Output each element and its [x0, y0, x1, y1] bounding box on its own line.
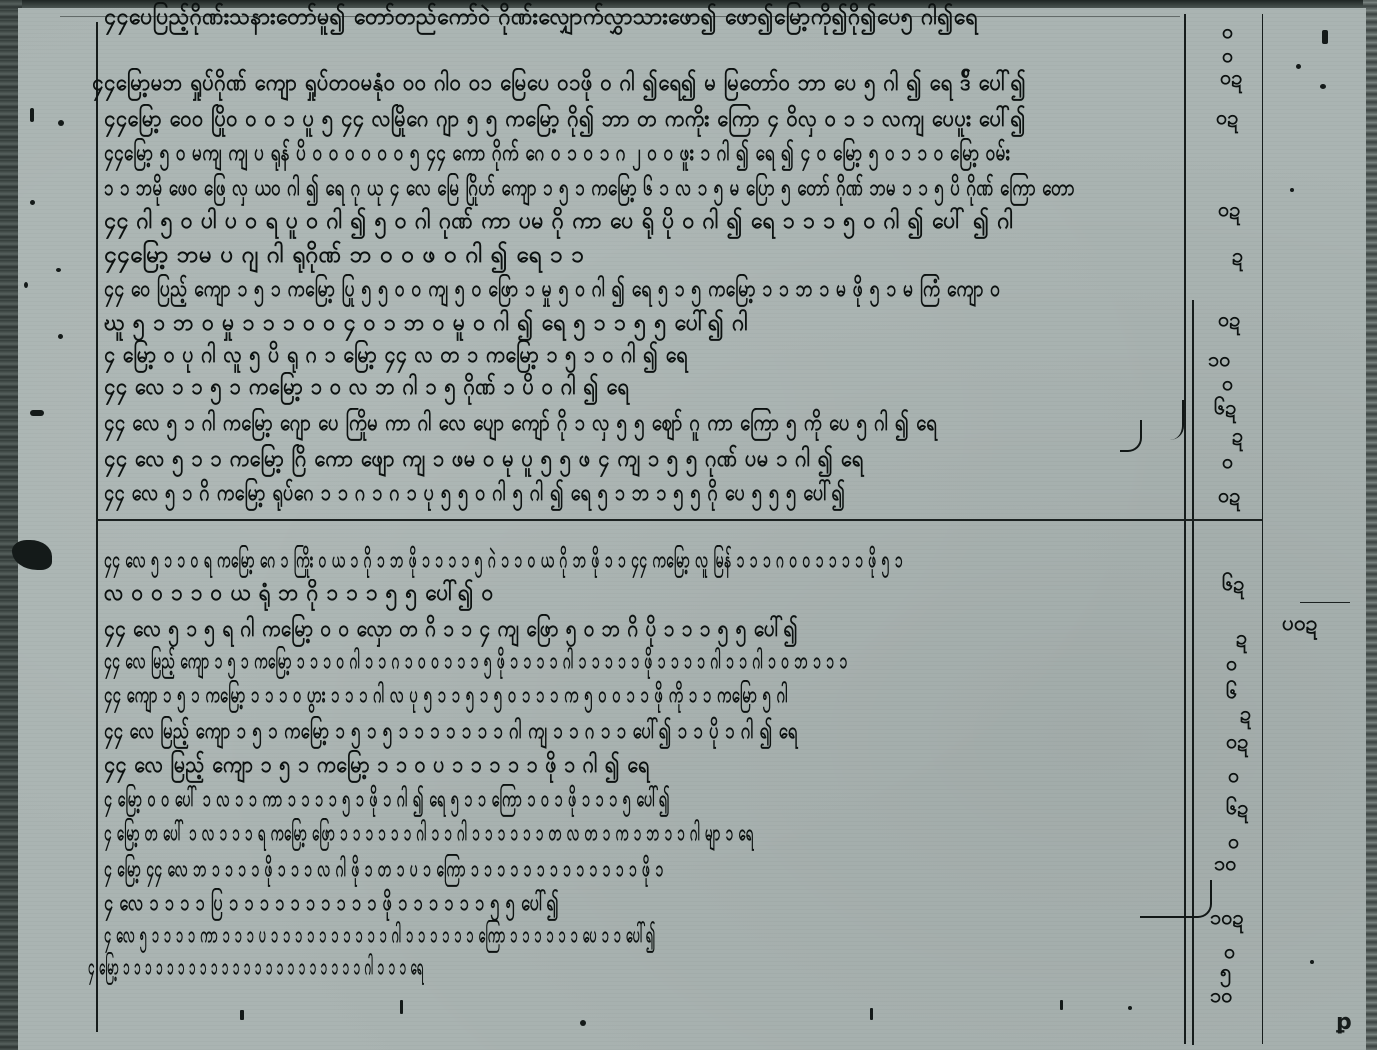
- manuscript-line: ၄၄ လေ ၅ ၁ ၁ ကမြော့ ဂြိ ကော ဖျော ကျ ၁ ဖမ …: [104, 444, 864, 474]
- text-column-right-rule-b: [1192, 300, 1194, 1045]
- manuscript-line: ၄၄ လေ မြည့် ကျော ၁ ၅ ၁ ကမြော့ ၁ ၅ ၁ ၅ ၁ …: [104, 716, 798, 746]
- margin-number: ၆ဍ: [1222, 572, 1244, 594]
- manuscript-line: ၄၄မြော့ ဝေဝ ပြိုဝ ဝ ဝ ၁ ပူ ၅ ၄၄ လမြိုဂေ …: [104, 104, 1026, 134]
- margin-number: ၁၀: [1214, 852, 1237, 874]
- side-annotation-overline: [1300, 602, 1350, 603]
- margin-number: ၀: [1222, 44, 1233, 66]
- manuscript-line: ၄ လေ ၁ ၁ ၁ ၁ ပြ ၁ ၁ ၁ ၁ ၁ ၁ ၁ ၁ ၁ ၁ ဖို …: [104, 888, 559, 918]
- margin-number: ၆ဍ: [1226, 796, 1248, 818]
- manuscript-line: ၄၄မြော့မဘ ရှုပ်ဂိုဏ် ကျော ရှုပ်တဝမနုံဝ ဝ…: [92, 68, 1026, 98]
- margin-number: ၀ဍ: [1218, 198, 1240, 220]
- ink-speck: [56, 268, 61, 272]
- corner-mark: ꝑ: [1336, 1010, 1352, 1035]
- ink-speck: [400, 1000, 403, 1014]
- margin-number: ဍ: [1240, 702, 1251, 724]
- margin-number: ဍ: [1236, 626, 1247, 648]
- ink-speck: [58, 334, 63, 339]
- ink-speck: [1290, 188, 1294, 192]
- manuscript-line: ၄ မြော့ ၄၄ လေ ဘ ၁ ၁ ၁ ၁ ဖို ၁ ၁ ၁ လ ဂါ ဖ…: [104, 854, 664, 884]
- manuscript-line: ၄၄ လေ ၅ ၁ ၁ ၀ ရ ကမြော့ ဂေ ၁ ကြိုး ဝ ယ ၁ …: [104, 545, 903, 575]
- margin-number: ၀: [1222, 20, 1233, 42]
- margin-number: ၆: [1226, 680, 1237, 702]
- ink-speck: [1296, 64, 1301, 69]
- margin-number: ၀ဍ: [1220, 66, 1242, 88]
- manuscript-line: ၄ မြော့ ၀ ဝ ပေါ် ၁ လ ၁ ၁ ကာ ၁ ၁ ၁ ၁ ၅ ၁ …: [104, 784, 670, 814]
- manuscript-line: ၄၄ လေ ၅ ၁ ၅ ရ ဂါ ကမြော့ ဝ ဝ လှော တ ဂိ ၁ …: [104, 614, 798, 644]
- ink-speck: [58, 120, 64, 126]
- margin-brace: [1132, 400, 1184, 440]
- margin-number: ၀: [1222, 450, 1233, 472]
- manuscript-line: ၄၄ လေ မြည့် ကျော ၁ ၅ ၁ ကမြော့ ၁ ၁ ၁ ဝ ဂါ…: [104, 646, 848, 676]
- margin-number: ၀: [1228, 764, 1239, 786]
- margin-column-right-rule: [1262, 14, 1263, 1044]
- margin-number: ဍ: [1232, 244, 1243, 266]
- left-margin-rule: [96, 22, 98, 1032]
- margin-number: ၀ဍ: [1218, 308, 1240, 330]
- ink-speck: [580, 1020, 586, 1026]
- margin-number: ၀ဍ: [1216, 106, 1238, 128]
- manuscript-line: ၄၄ လေ ၁ ၁ ၅ ၁ ကမြော့ ၁ ဝ လ ဘ ဂါ ၁ ၅ ဂိုဏ…: [104, 372, 629, 402]
- margin-number: ၀: [1228, 830, 1239, 852]
- manuscript-line: ၄၄ လေ ၅ ၁ ဂိ ကမြော့ ရုပ်ဂေ ၁ ၁ ဂ ၁ ဂ ၁ ပ…: [104, 478, 845, 508]
- manuscript-line: ၄ မြော့ တ ပေါ် ၁ လ ၁ ၁ ၁ ရ ကမြော့ ဖြော ၁…: [104, 818, 754, 848]
- manuscript-line: ၄ မြော့ ၁ ၁ ၁ ၁ ၁ ၁ ၁ ၁ ၁ ၁ ၁ ၁ ၁ ၁ ၁ ၁ …: [88, 952, 424, 982]
- section-divider: [96, 519, 1262, 521]
- ink-speck: [30, 200, 35, 205]
- ink-speck: [24, 282, 28, 288]
- margin-number: ၀ဍ: [1226, 730, 1248, 752]
- ink-speck: [870, 1008, 873, 1020]
- ink-speck: [1322, 30, 1328, 44]
- manuscript-line: ဃူ ၅ ၁ ဘ ၀ မှု ၁ ၁ ၁ ဝ ဝ ၄ ဝ ၁ ဘ ဝ မူ ၀ …: [104, 308, 748, 338]
- ink-speck: [30, 108, 34, 122]
- manuscript-line: ၄ လေ ၅ ၁ ၁ ၁ ၁ ကာ ၁ ၁ ၁ ပ ၁ ၁ ၁ ၁ ၁ ၁ ၁ …: [104, 920, 656, 950]
- side-annotation: ပ၀ဍ: [1282, 610, 1317, 641]
- manuscript-line: လ ဝ ဝ ၁ ၁ ၀ ယ ရုံ ဘ ဂို ၁ ၁ ၁ ၅ ၅ ပေါ်၍ …: [104, 578, 494, 608]
- manuscript-line: ၄၄ လေ မြည့် ကျော ၁ ၅ ၁ ကမြော့ ၁ ၁ ၀ ပ ၁ …: [104, 750, 650, 780]
- manuscript-line: ၄၄ ဂါ ၅ ဝ ပါ ပ ဝ ရ ပူ ဝ ဂါ ၍ ၅ ၀ ဂါ ဂုဏ်…: [104, 206, 1014, 236]
- manuscript-line: ၄၄ လေ ၅ ၁ ဂါ ကမြော့ ဂျော ပေ ကြိုမ ကာ ဂါ …: [104, 408, 937, 438]
- margin-number: ၁၀: [1208, 348, 1231, 370]
- manuscript-line: ၁ ၁ ဘမို ဖေဝ ဖြေ လှ ယဝ ဂါ ၍ ရေ ဂု ယု ၄ လ…: [104, 173, 1075, 203]
- ink-speck: [1310, 960, 1314, 964]
- margin-number: ၀: [1222, 372, 1233, 394]
- margin-number: ၀ဍ: [1218, 484, 1240, 506]
- margin-number: ၁၀ဍ: [1210, 906, 1244, 928]
- margin-number: ၁၀: [1210, 984, 1233, 1006]
- ink-speck: [1060, 1000, 1063, 1010]
- margin-number: ၀: [1226, 652, 1237, 674]
- manuscript-stage: ၄၄ပေပြည့်ဂိုဏ်းသနားတော်မူ၍ တော်တည်ကော်ဝဲ…: [0, 0, 1377, 1050]
- margin-number: ၅: [1220, 960, 1231, 982]
- margin-brace: [1140, 880, 1212, 918]
- manuscript-line: ၄၄မြော့ ဘမ ပ ဂျ ဂါ ရုဂိုဏ် ဘ ၀ ဝ ဖ ၀ ဂါ …: [104, 240, 584, 270]
- ink-speck: [240, 1010, 244, 1020]
- manuscript-line: ၄၄မြော့ ၅ ဝ မကျ ကျ ပ ရုန် ပိ ဝ ဝ ဝ ဝ ဝ ဝ…: [104, 138, 1010, 168]
- manuscript-line: ၄ မြော့ ဝ ပု ဂါ လူ ၅ ပိ ရု ဂ ၁ မြော့ ၄၄ …: [104, 340, 688, 370]
- manuscript-line: ၄၄ပေပြည့်ဂိုဏ်းသနားတော်မူ၍ တော်တည်ကော်ဝဲ…: [104, 2, 978, 32]
- ink-speck: [1320, 84, 1326, 89]
- ink-speck: [1128, 1006, 1132, 1010]
- ink-speck: [30, 410, 44, 416]
- manuscript-line: ၄၄ ကျော ၁ ၅ ၁ ကမြော့ ၁ ၁ ၁ ဝ ပွား ၁ ၁ ၁ …: [104, 680, 788, 710]
- manuscript-line: ၄၄ ဝေ ပြည့် ကျော ၁ ၅ ၁ ကမြော့ ပြု ၅ ၅ ဝ …: [104, 274, 1000, 304]
- margin-number: ၆ဍ: [1214, 396, 1236, 418]
- margin-number: ဍ: [1232, 424, 1243, 446]
